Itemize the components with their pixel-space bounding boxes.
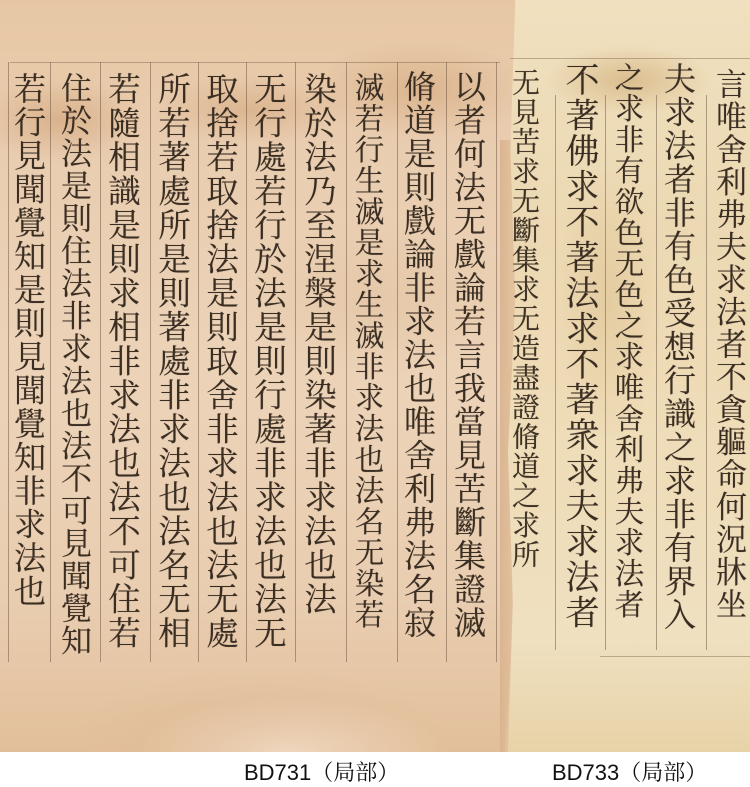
manuscript-column: 不著佛求不著法求不著衆求夫求法者 bbox=[562, 62, 596, 630]
column-rule bbox=[100, 62, 101, 662]
caption-bd731: BD731（局部） bbox=[244, 756, 399, 787]
column-rule bbox=[198, 62, 199, 662]
manuscript-column: 无見苦求无斷集求无造盡證脩道之求所 bbox=[510, 68, 538, 570]
manuscript-column: 以者何法无戲論若言我當見苦斷集證滅 bbox=[452, 70, 484, 640]
top-ruling bbox=[10, 62, 500, 63]
manuscript-column: 夫求法者非有色受想行識之求非有界入 bbox=[662, 62, 694, 632]
column-rule bbox=[605, 95, 606, 650]
column-rule bbox=[496, 62, 497, 662]
caption-bd733: BD733（局部） bbox=[552, 756, 707, 787]
top-ruling bbox=[510, 58, 750, 59]
column-rule bbox=[346, 62, 347, 662]
manuscript-column: 取捨若取捨法是則取舍非求法也法无處 bbox=[204, 72, 237, 650]
manuscript-column: 染於法乃至涅槃是則染著非求法也法 bbox=[302, 72, 335, 616]
manuscript-column: 言唯舍利弗夫求法者不貪軀命何況牀坐 bbox=[712, 68, 743, 621]
column-rule bbox=[446, 62, 447, 662]
column-rule bbox=[397, 62, 398, 662]
manuscript-column: 滅若行生滅是求生滅非求法也法名无染若 bbox=[352, 72, 382, 630]
column-rule bbox=[656, 95, 657, 650]
manuscript-column: 之求非有欲色无色之求唯舍利弗夫求法者 bbox=[612, 62, 642, 620]
column-rule bbox=[706, 95, 707, 650]
manuscript-column: 无行處若行於法是則行處非求法也法无 bbox=[252, 72, 285, 650]
column-rule bbox=[295, 62, 296, 662]
manuscript-figure: 言唯舍利弗夫求法者不貪軀命何況牀坐 夫求法者非有色受想行識之求非有界入 之求非有… bbox=[0, 0, 750, 752]
column-rule bbox=[246, 62, 247, 662]
manuscript-column: 若隨相識是則求相非求法也法不可住若 bbox=[106, 72, 139, 650]
manuscript-column: 所若著處所是則著處非求法也法名无相 bbox=[156, 72, 189, 650]
text-columns: 言唯舍利弗夫求法者不貪軀命何況牀坐 夫求法者非有色受想行識之求非有界入 之求非有… bbox=[0, 0, 750, 752]
manuscript-column: 住於法是則住法非求法也法不可見聞覺知 bbox=[57, 72, 88, 657]
manuscript-column: 脩道是則戲論非求法也唯舍利弗法名寂 bbox=[402, 70, 434, 640]
column-rule bbox=[150, 62, 151, 662]
column-rule bbox=[555, 95, 556, 650]
manuscript-column: 若行見聞覺知是則見聞覺知非求法也 bbox=[12, 72, 44, 608]
column-rule bbox=[50, 62, 51, 662]
bottom-ruling bbox=[600, 656, 750, 657]
